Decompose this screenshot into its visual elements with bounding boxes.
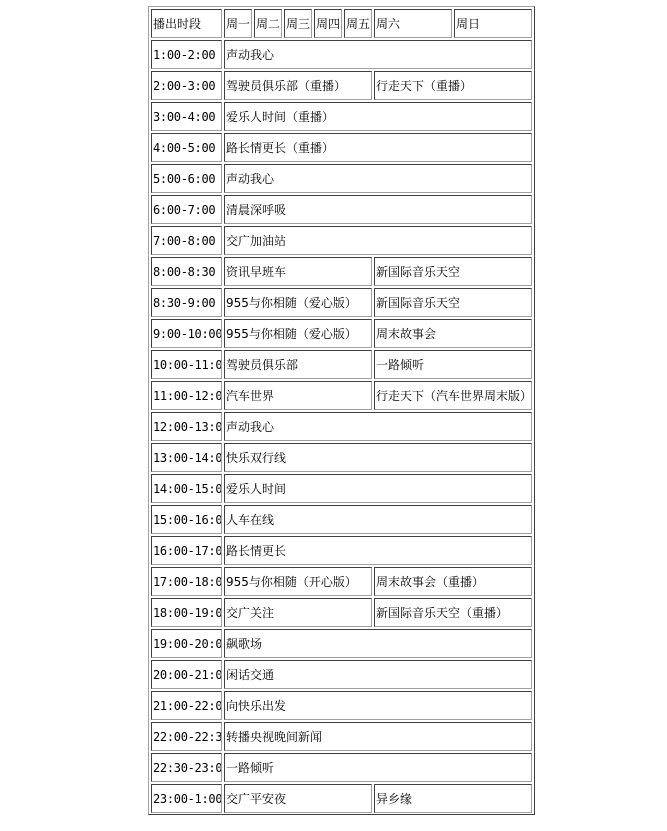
program-cell-all-week: 爱乐人时间: [224, 474, 532, 503]
program-cell-weekday: 955与你相随（爱心版）: [224, 319, 372, 348]
header-time-slot: 播出时段: [151, 9, 222, 38]
time-slot-cell: 19:00-20:00: [151, 629, 222, 658]
header-row: 播出时段 周一 周二 周三 周四 周五 周六 周日: [151, 9, 532, 38]
program-cell-all-week: 路长情更长: [224, 536, 532, 565]
program-cell-all-week: 声动我心: [224, 412, 532, 441]
time-slot-cell: 18:00-19:00: [151, 598, 222, 627]
program-cell-weekday: 交广平安夜: [224, 784, 372, 813]
schedule-row: 11:00-12:00汽车世界行走天下（汽车世界周末版）: [151, 381, 532, 410]
schedule-row: 12:00-13:00声动我心: [151, 412, 532, 441]
program-cell-weekend: 周末故事会: [374, 319, 532, 348]
program-cell-all-week: 声动我心: [224, 164, 532, 193]
schedule-row: 17:00-18:00955与你相随（开心版）周末故事会（重播）: [151, 567, 532, 596]
time-slot-cell: 12:00-13:00: [151, 412, 222, 441]
time-slot-cell: 8:30-9:00: [151, 288, 222, 317]
schedule-row: 9:00-10:00955与你相随（爱心版）周末故事会: [151, 319, 532, 348]
program-cell-weekend: 行走天下（重播）: [374, 71, 532, 100]
header-day-tue: 周二: [254, 9, 282, 38]
schedule-row: 1:00-2:00声动我心: [151, 40, 532, 69]
program-cell-weekday: 汽车世界: [224, 381, 372, 410]
time-slot-cell: 22:00-22:30: [151, 722, 222, 751]
schedule-row: 21:00-22:00向快乐出发: [151, 691, 532, 720]
program-cell-weekend: 行走天下（汽车世界周末版）: [374, 381, 532, 410]
program-cell-all-week: 爱乐人时间（重播）: [224, 102, 532, 131]
schedule-row: 22:00-22:30转播央视晚间新闻: [151, 722, 532, 751]
program-cell-weekend: 一路倾听: [374, 350, 532, 379]
program-cell-all-week: 一路倾听: [224, 753, 532, 782]
time-slot-cell: 5:00-6:00: [151, 164, 222, 193]
program-cell-all-week: 交广加油站: [224, 226, 532, 255]
header-day-sun: 周日: [454, 9, 532, 38]
schedule-row: 16:00-17:00路长情更长: [151, 536, 532, 565]
time-slot-cell: 15:00-16:00: [151, 505, 222, 534]
program-schedule-table: 播出时段 周一 周二 周三 周四 周五 周六 周日 1:00-2:00声动我心2…: [149, 7, 534, 815]
program-cell-all-week: 人车在线: [224, 505, 532, 534]
schedule-row: 10:00-11:00驾驶员俱乐部一路倾听: [151, 350, 532, 379]
schedule-row: 13:00-14:00快乐双行线: [151, 443, 532, 472]
program-cell-all-week: 清晨深呼吸: [224, 195, 532, 224]
header-day-sat: 周六: [374, 9, 452, 38]
program-cell-all-week: 转播央视晚间新闻: [224, 722, 532, 751]
schedule-row: 6:00-7:00清晨深呼吸: [151, 195, 532, 224]
program-cell-weekday: 955与你相随（开心版）: [224, 567, 372, 596]
program-cell-all-week: 闲话交通: [224, 660, 532, 689]
time-slot-cell: 10:00-11:00: [151, 350, 222, 379]
program-cell-all-week: 快乐双行线: [224, 443, 532, 472]
program-cell-weekend: 新国际音乐天空（重播）: [374, 598, 532, 627]
program-cell-all-week: 声动我心: [224, 40, 532, 69]
schedule-row: 18:00-19:00交广关注新国际音乐天空（重播）: [151, 598, 532, 627]
time-slot-cell: 3:00-4:00: [151, 102, 222, 131]
program-cell-all-week: 飙歌场: [224, 629, 532, 658]
program-cell-all-week: 向快乐出发: [224, 691, 532, 720]
header-day-fri: 周五: [344, 9, 372, 38]
program-cell-weekend: 新国际音乐天空: [374, 288, 532, 317]
schedule-row: 8:00-8:30资讯早班车新国际音乐天空: [151, 257, 532, 286]
program-cell-weekday: 交广关注: [224, 598, 372, 627]
program-cell-weekday: 驾驶员俱乐部: [224, 350, 372, 379]
time-slot-cell: 16:00-17:00: [151, 536, 222, 565]
time-slot-cell: 14:00-15:00: [151, 474, 222, 503]
program-cell-weekend: 新国际音乐天空: [374, 257, 532, 286]
time-slot-cell: 4:00-5:00: [151, 133, 222, 162]
time-slot-cell: 11:00-12:00: [151, 381, 222, 410]
time-slot-cell: 7:00-8:00: [151, 226, 222, 255]
schedule-row: 22:30-23:00一路倾听: [151, 753, 532, 782]
time-slot-cell: 21:00-22:00: [151, 691, 222, 720]
schedule-row: 2:00-3:00驾驶员俱乐部（重播）行走天下（重播）: [151, 71, 532, 100]
schedule-row: 5:00-6:00声动我心: [151, 164, 532, 193]
program-cell-all-week: 路长情更长（重播）: [224, 133, 532, 162]
program-cell-weekday: 资讯早班车: [224, 257, 372, 286]
time-slot-cell: 6:00-7:00: [151, 195, 222, 224]
time-slot-cell: 23:00-1:00: [151, 784, 222, 813]
header-day-thu: 周四: [314, 9, 342, 38]
schedule-row: 23:00-1:00交广平安夜异乡缘: [151, 784, 532, 813]
schedule-row: 19:00-20:00飙歌场: [151, 629, 532, 658]
header-day-wed: 周三: [284, 9, 312, 38]
schedule-table-frame: 播出时段 周一 周二 周三 周四 周五 周六 周日 1:00-2:00声动我心2…: [148, 6, 535, 815]
schedule-row: 15:00-16:00人车在线: [151, 505, 532, 534]
schedule-row: 14:00-15:00爱乐人时间: [151, 474, 532, 503]
schedule-row: 8:30-9:00955与你相随（爱心版）新国际音乐天空: [151, 288, 532, 317]
time-slot-cell: 2:00-3:00: [151, 71, 222, 100]
time-slot-cell: 1:00-2:00: [151, 40, 222, 69]
time-slot-cell: 22:30-23:00: [151, 753, 222, 782]
program-cell-weekday: 955与你相随（爱心版）: [224, 288, 372, 317]
schedule-row: 4:00-5:00路长情更长（重播）: [151, 133, 532, 162]
schedule-row: 20:00-21:00闲话交通: [151, 660, 532, 689]
time-slot-cell: 13:00-14:00: [151, 443, 222, 472]
time-slot-cell: 20:00-21:00: [151, 660, 222, 689]
program-cell-weekend: 异乡缘: [374, 784, 532, 813]
time-slot-cell: 8:00-8:30: [151, 257, 222, 286]
time-slot-cell: 17:00-18:00: [151, 567, 222, 596]
program-cell-weekend: 周末故事会（重播）: [374, 567, 532, 596]
schedule-row: 7:00-8:00交广加油站: [151, 226, 532, 255]
time-slot-cell: 9:00-10:00: [151, 319, 222, 348]
program-cell-weekday: 驾驶员俱乐部（重播）: [224, 71, 372, 100]
header-day-mon: 周一: [224, 9, 252, 38]
schedule-row: 3:00-4:00爱乐人时间（重播）: [151, 102, 532, 131]
